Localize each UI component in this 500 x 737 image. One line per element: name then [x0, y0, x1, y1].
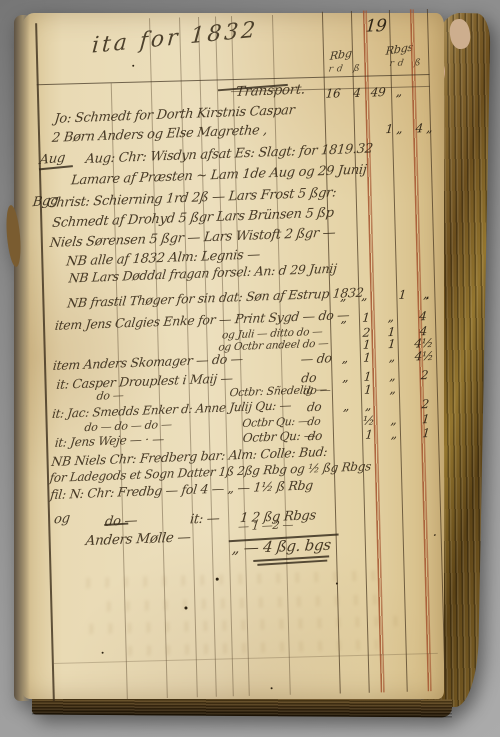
entry-amount: 1: [398, 289, 406, 301]
ghost-bleedthrough: [96, 594, 386, 612]
ink-speck: [426, 297, 428, 299]
entry-amount: „: [342, 371, 349, 383]
page-title: ita for 1832: [91, 19, 259, 57]
entry-amount: 1: [363, 371, 371, 383]
entry-text: NB frastil Thøger for sin dat: Søn af Es…: [67, 287, 364, 310]
margin-note: Aug: [39, 152, 66, 167]
entry-text: 1 2 ßg Rbgs: [239, 509, 316, 525]
ink-speck: [336, 583, 338, 585]
entry-amount: 2: [420, 369, 428, 381]
entry-amount: 1: [365, 429, 373, 441]
entry-text: do —: [303, 384, 331, 396]
entry-text: — do: [300, 352, 332, 366]
entry-amount: „: [391, 428, 398, 440]
ledger-entry: NB frastil Thøger for sin dat: Søn af Es…: [0, 286, 498, 300]
entry-amount: 1: [362, 312, 370, 324]
column-subheader-2: rd ß: [389, 59, 425, 69]
entry-amount: ½: [362, 414, 374, 426]
entry-amount: „: [389, 351, 396, 363]
column-subheader-1: rd ß: [328, 65, 364, 75]
entry-text: do: [307, 430, 323, 443]
entry-amount: „: [340, 290, 347, 302]
entry-amount: „: [387, 311, 394, 323]
entry-amount: 1: [364, 384, 372, 396]
ghost-bleedthrough: [79, 616, 399, 634]
entry-text: it: Jens Weje — · —: [54, 433, 164, 449]
entry-text: do — do — do —: [84, 419, 172, 433]
entry-amount: 4½: [414, 350, 434, 363]
entry-text: Aug: Chr: Wisdyn afsat Es: Slagt: for 18…: [85, 142, 373, 166]
ruled-line-vertical: [35, 23, 54, 701]
ledger-entry: Lamare af Præsten ~ Lam 1de Aug og 29 Ju…: [0, 163, 495, 177]
entry-amount: „: [343, 400, 350, 412]
entry-text: do —: [96, 390, 124, 402]
ink-speck: [102, 652, 104, 654]
transport-amount: 4: [353, 87, 361, 99]
entry-text: item Anders Skomager — do —: [52, 353, 243, 372]
entry-text: 2 Børn Anders og Else Magrethe ,: [51, 124, 267, 145]
transport-amount: 49: [370, 86, 386, 98]
entry-amount: „: [341, 312, 348, 324]
entry-text: Anders Mølle —: [85, 531, 191, 548]
ink-speck: [132, 65, 134, 67]
entry-amount: 4: [419, 310, 427, 322]
ledger-entry: item Jens Calgies Enke for — Print Sygd …: [0, 308, 499, 322]
transport-amount: 16: [325, 87, 341, 99]
entry-text: do: [307, 416, 321, 428]
ghost-bleedthrough: [76, 571, 376, 589]
transport-amount: „: [396, 86, 403, 98]
entry-text: do: [306, 401, 322, 414]
photo-background: ita for 1832 19 Rbg rd ß Rbgs rd ß Trans…: [0, 0, 500, 737]
entry-text: Niels Sørensen 5 ßgr — Lars Wistoft 2 ßg…: [49, 226, 336, 250]
ink-speck: [216, 578, 219, 581]
ink-speck: [184, 606, 187, 609]
ink-speck: [271, 687, 273, 689]
column-header-currency-1: Rbg: [329, 48, 352, 62]
entry-amount: „: [390, 414, 397, 426]
entry-amount: 4½: [414, 337, 434, 350]
margin-note: og: [53, 512, 70, 527]
sum-check-dot: ·: [432, 529, 438, 543]
entry-text: Octbr Qu: —: [242, 429, 316, 444]
entry-text: Octbr Qu: —: [242, 416, 310, 429]
entry-amount: 1 „: [385, 123, 403, 135]
entry-amount: 1: [387, 338, 395, 350]
entry-amount: 1: [362, 339, 370, 351]
entry-amount: „: [389, 383, 396, 395]
entry-amount: 1: [421, 413, 429, 425]
entry-amount: „: [365, 400, 372, 412]
ledger-book: ita for 1832 19 Rbg rd ß Rbgs rd ß Trans…: [6, 5, 488, 721]
entry-amount: 1: [422, 427, 430, 439]
page-number: 19: [365, 18, 387, 36]
entry-amount: 1: [363, 352, 371, 364]
margin-note: Bgg: [32, 194, 59, 209]
entry-amount: 4 „: [415, 122, 433, 134]
entry-amount: „: [389, 370, 396, 382]
entry-text: it: —: [189, 512, 220, 526]
ledger-entry: Jo: Schmedt for Dorth Kirstnis Caspar: [0, 101, 493, 115]
entry-amount: „: [342, 352, 349, 364]
entry-amount: 2: [421, 398, 429, 410]
entry-amount: „: [361, 290, 368, 302]
page-content: ita for 1832 19 Rbg rd ß Rbgs rd ß Trans…: [0, 0, 500, 737]
entry-text: do —: [104, 514, 137, 528]
